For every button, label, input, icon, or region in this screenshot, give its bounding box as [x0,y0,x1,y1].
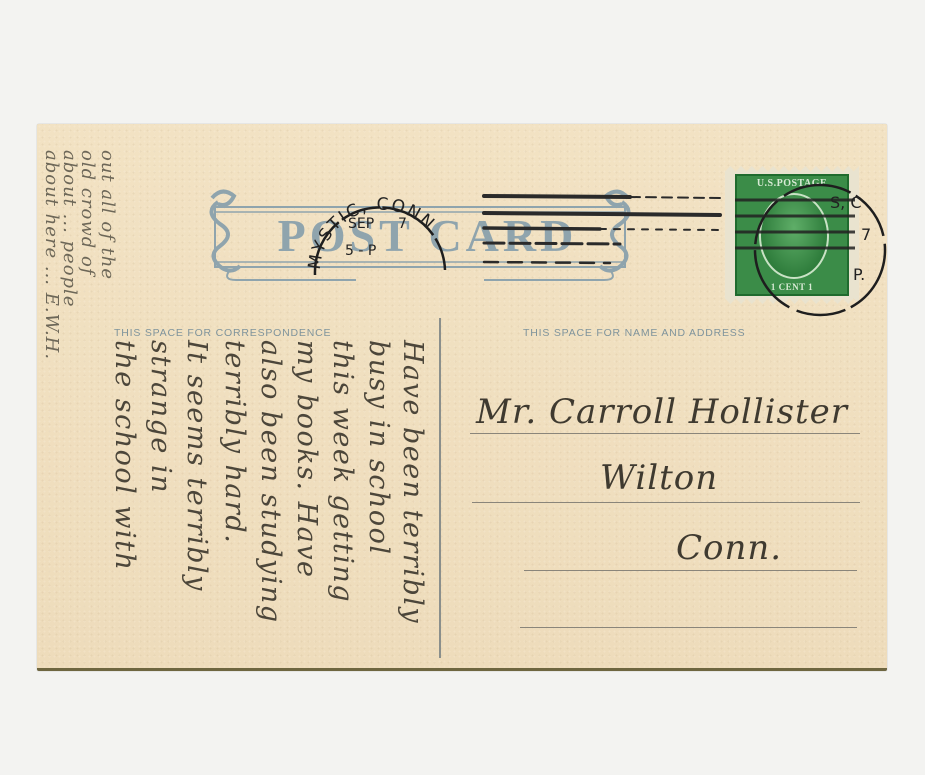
message-column-7: It seems terribly [181,340,212,592]
center-divider [439,318,441,658]
address-line-4 [520,627,857,628]
address-name: Mr. Carroll Hollister [476,392,848,432]
postmark-on-stamp: S, C 7 P. [735,178,895,328]
postmark-town: MYSTIC, CONN [305,195,440,271]
message-column-6: terribly hard. [219,340,250,544]
postmark: MYSTIC, CONN SEP 7 5 - P [300,160,460,290]
message-column-1: Have been terribly [397,340,428,624]
address-state: Conn. [676,528,782,568]
message-column-4: my books. Have [291,340,322,579]
message-column-9: the school with [109,340,140,571]
message-column-2: busy in school [363,340,394,555]
address-line-1 [470,433,860,434]
margin-column-2: old crowd of [77,150,98,276]
correspondence-label: THIS SPACE FOR CORRESPONDENCE [114,327,331,339]
cancellation-lines [480,188,730,278]
address-line-2 [472,502,860,503]
message-column-8: strange in [145,340,176,494]
margin-column-3: about ... people [59,150,80,307]
postmark-day: 7 [398,216,407,232]
address-label: THIS SPACE FOR NAME AND ADDRESS [523,327,745,339]
margin-column-1: out all of the [97,150,118,280]
message-column-5: also been studying [255,340,286,624]
svg-text:P.: P. [853,265,865,284]
margin-column-4: about here ... E.W.H. [41,150,62,360]
postmark-time: 5 - P [345,243,376,259]
address-line-3 [524,570,857,571]
postmark-month: SEP [348,216,374,232]
svg-text:7: 7 [861,225,871,244]
message-column-3: this week getting [327,340,358,603]
svg-text:S, C: S, C [830,193,862,212]
address-city: Wilton [600,458,718,498]
svg-text:MYSTIC, CONN: MYSTIC, CONN [305,195,440,271]
